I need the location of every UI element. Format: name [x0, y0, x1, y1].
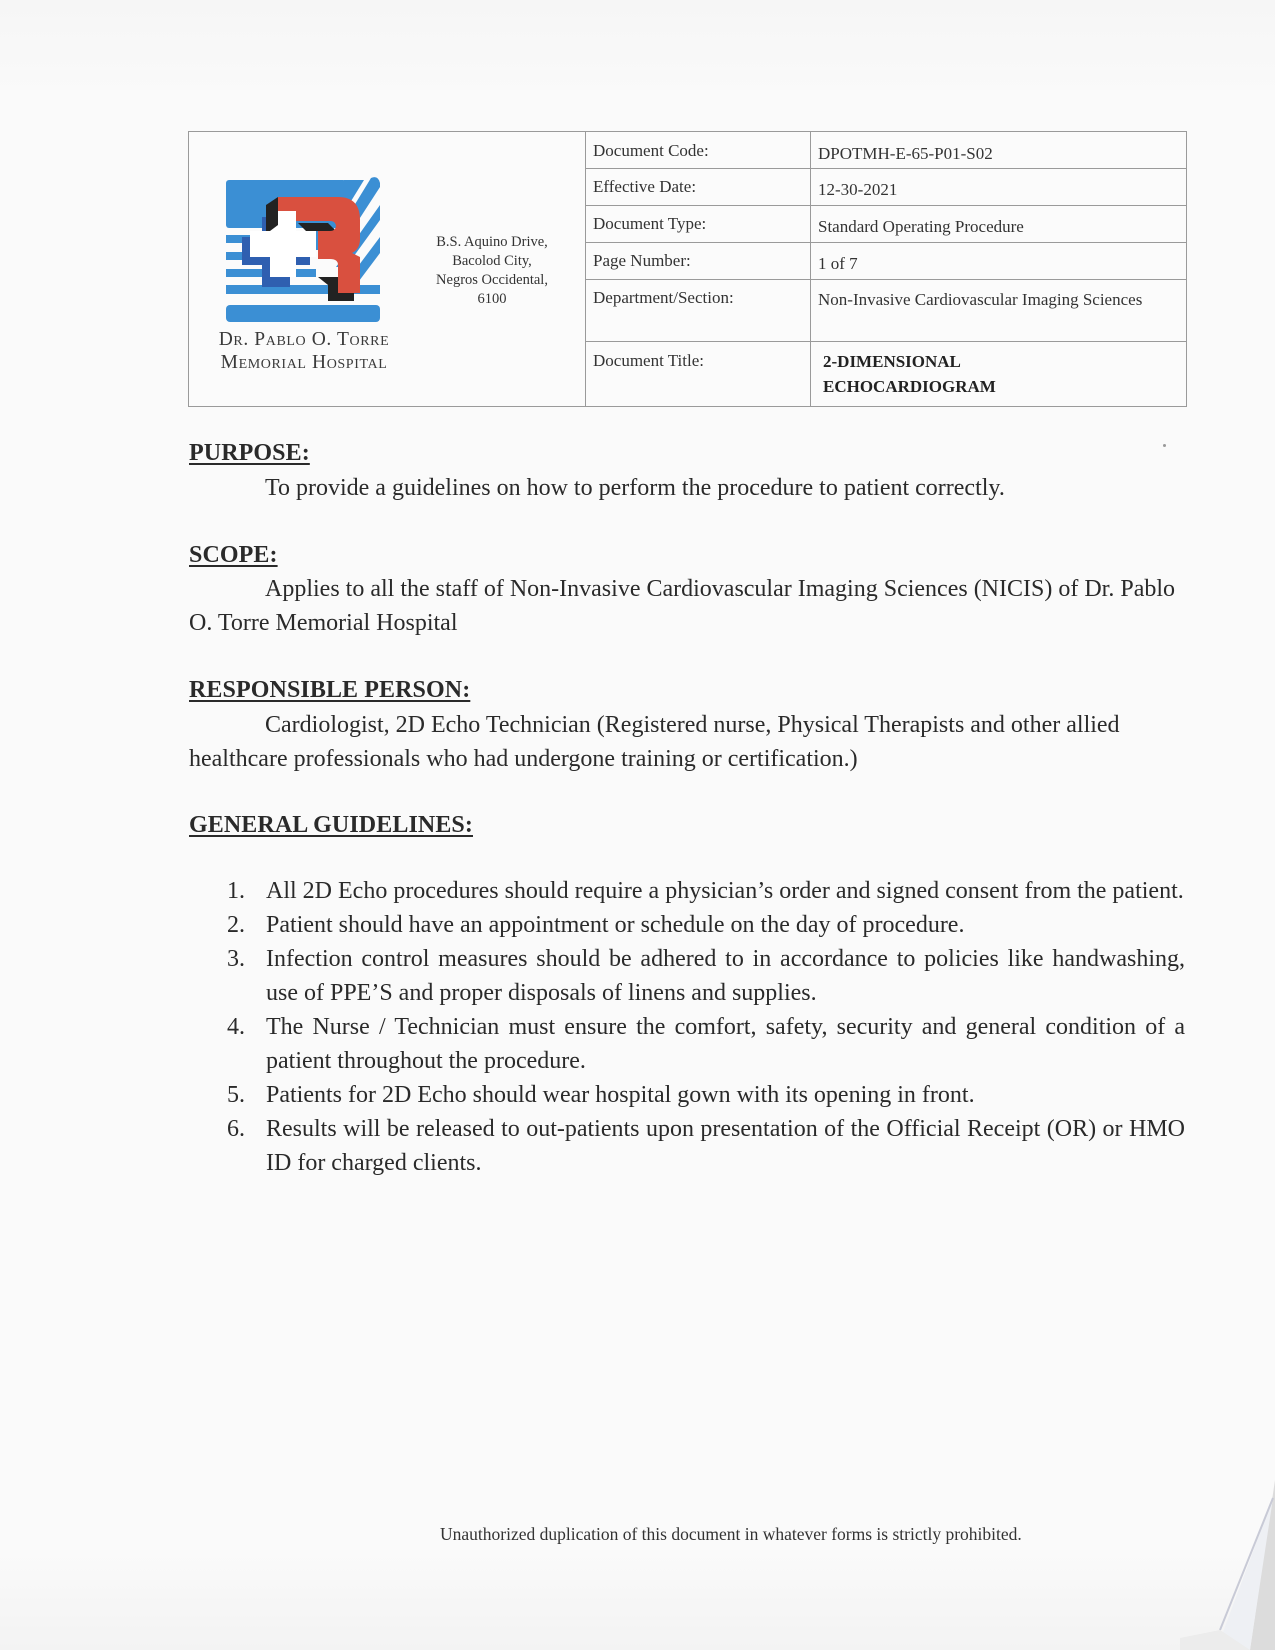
- metadata-value: Non-Invasive Cardiovascular Imaging Scie…: [811, 280, 1186, 341]
- guideline-item: 6.Results will be released to out-patien…: [220, 1112, 1185, 1180]
- responsible-person-heading: RESPONSIBLE PERSON:: [189, 677, 470, 704]
- address-line: Negros Occidental,: [417, 271, 567, 290]
- guideline-text: The Nurse / Technician must ensure the c…: [266, 1014, 1185, 1074]
- metadata-label: Document Code:: [586, 132, 811, 168]
- guideline-number: 5.: [227, 1078, 245, 1112]
- responsible-person-text: Cardiologist, 2D Echo Technician (Regist…: [189, 708, 1179, 776]
- guideline-item: 3.Infection control measures should be a…: [220, 942, 1185, 1010]
- hospital-name: Dr. Pablo O. Torre Memorial Hospital: [189, 328, 419, 374]
- metadata-label: Document Title:: [586, 342, 811, 406]
- guideline-text: Results will be released to out-patients…: [266, 1116, 1185, 1176]
- metadata-label: Page Number:: [586, 243, 811, 279]
- purpose-text: To provide a guidelines on how to perfor…: [189, 471, 1179, 505]
- scope-text: Applies to all the staff of Non-Invasive…: [189, 572, 1179, 640]
- guideline-text: All 2D Echo procedures should require a …: [266, 878, 1184, 904]
- document-title-line: 2-DIMENSIONAL: [823, 349, 1186, 374]
- metadata-label: Department/Section:: [586, 280, 811, 341]
- address-line: Bacolod City,: [417, 252, 567, 271]
- metadata-row-document-code: Document Code: DPOTMH-E-65-P01-S02: [586, 132, 1186, 169]
- guidelines-list: 1.All 2D Echo procedures should require …: [220, 874, 1185, 1180]
- document-header-table: Dr. Pablo O. Torre Memorial Hospital B.S…: [188, 131, 1187, 407]
- guideline-item: 2.Patient should have an appointment or …: [220, 908, 1185, 942]
- guideline-text: Patients for 2D Echo should wear hospita…: [266, 1082, 975, 1108]
- metadata-label: Document Type:: [586, 206, 811, 242]
- metadata-row-department: Department/Section: Non-Invasive Cardiov…: [586, 280, 1186, 342]
- guideline-item: 1.All 2D Echo procedures should require …: [220, 874, 1185, 908]
- guideline-item: 5.Patients for 2D Echo should wear hospi…: [220, 1078, 1185, 1112]
- scan-speck: [1163, 444, 1166, 447]
- hospital-name-line-1: Dr. Pablo O. Torre: [189, 328, 419, 351]
- paper-curl-decoration: [1180, 1480, 1275, 1650]
- general-guidelines-heading: GENERAL GUIDELINES:: [189, 812, 473, 839]
- metadata-row-document-title: Document Title: 2-DIMENSIONAL ECHOCARDIO…: [586, 342, 1186, 406]
- metadata-row-document-type: Document Type: Standard Operating Proced…: [586, 206, 1186, 243]
- guideline-item: 4.The Nurse / Technician must ensure the…: [220, 1010, 1185, 1078]
- hospital-name-line-2: Memorial Hospital: [189, 351, 419, 374]
- document-title: 2-DIMENSIONAL ECHOCARDIOGRAM: [811, 342, 1186, 406]
- footer-disclaimer: Unauthorized duplication of this documen…: [440, 1524, 1022, 1545]
- metadata-value: Standard Operating Procedure: [811, 206, 1186, 242]
- metadata-row-effective-date: Effective Date: 12-30-2021: [586, 169, 1186, 206]
- document-metadata: Document Code: DPOTMH-E-65-P01-S02 Effec…: [586, 132, 1186, 406]
- metadata-label: Effective Date:: [586, 169, 811, 205]
- guideline-number: 6.: [227, 1112, 245, 1146]
- document-title-line: ECHOCARDIOGRAM: [823, 374, 1186, 399]
- purpose-heading: PURPOSE:: [189, 440, 310, 467]
- address-line: B.S. Aquino Drive,: [417, 233, 567, 252]
- guideline-number: 4.: [227, 1010, 245, 1044]
- document-page: Dr. Pablo O. Torre Memorial Hospital B.S…: [0, 0, 1275, 1650]
- guideline-text: Patient should have an appointment or sc…: [266, 912, 964, 938]
- hospital-identity-cell: Dr. Pablo O. Torre Memorial Hospital B.S…: [189, 132, 586, 406]
- hospital-address: B.S. Aquino Drive, Bacolod City, Negros …: [417, 233, 567, 309]
- hospital-cross-r-logo-icon: [226, 175, 383, 327]
- metadata-value: 1 of 7: [811, 243, 1186, 279]
- metadata-row-page-number: Page Number: 1 of 7: [586, 243, 1186, 280]
- guideline-number: 1.: [227, 874, 245, 908]
- scope-heading: SCOPE:: [189, 542, 278, 569]
- address-line: 6100: [417, 290, 567, 309]
- guideline-number: 3.: [227, 942, 245, 976]
- guideline-number: 2.: [227, 908, 245, 942]
- guideline-text: Infection control measures should be adh…: [266, 946, 1185, 1006]
- metadata-value: 12-30-2021: [811, 169, 1186, 205]
- metadata-value: DPOTMH-E-65-P01-S02: [811, 132, 1186, 168]
